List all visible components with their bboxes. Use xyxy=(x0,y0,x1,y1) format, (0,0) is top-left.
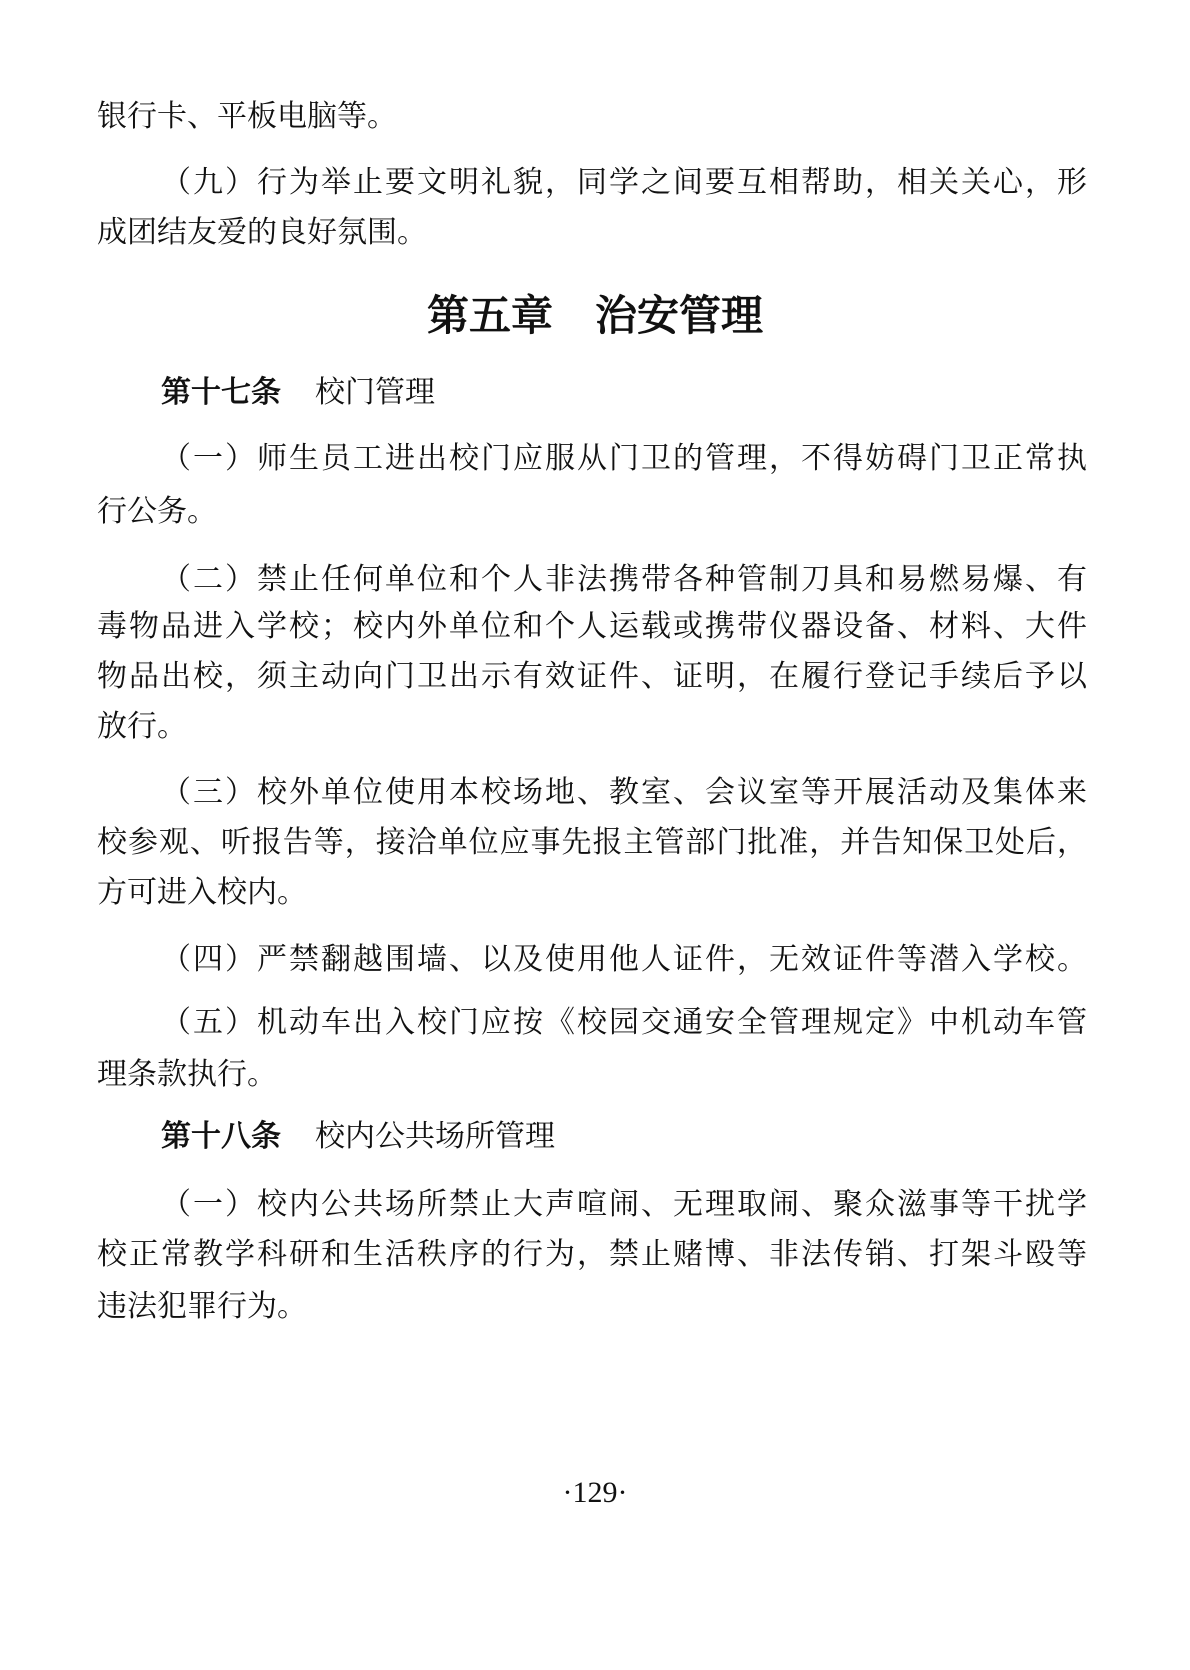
paragraph-line: （三）校外单位使用本校场地、教室、会议室等开展活动及集体来 xyxy=(161,773,1087,813)
paragraph-line: 物品出校，须主动向门卫出示有效证件、证明，在履行登记手续后予以 xyxy=(97,657,1087,697)
paragraph-line: 毒物品进入学校；校内外单位和个人运载或携带仪器设备、材料、大件 xyxy=(97,607,1087,647)
paragraph-line: 校正常教学科研和生活秩序的行为，禁止赌博、非法传销、打架斗殴等 xyxy=(97,1235,1087,1275)
paragraph-line: （二）禁止任何单位和个人非法携带各种管制刀具和易燃易爆、有 xyxy=(161,560,1087,600)
paragraph-line: 违法犯罪行为。 xyxy=(97,1287,1087,1327)
article-number: 第十八条 xyxy=(161,1120,281,1153)
chapter-title: 第五章 治安管理 xyxy=(0,290,1190,342)
paragraph-line: 方可进入校内。 xyxy=(97,873,1087,913)
article-number: 第十七条 xyxy=(161,376,281,409)
paragraph-line: （四）严禁翻越围墙、以及使用他人证件，无效证件等潜入学校。 xyxy=(161,940,1087,980)
article-18-heading: 第十八条校内公共场所管理 xyxy=(161,1117,555,1157)
paragraph-line: （一）校内公共场所禁止大声喧闹、无理取闹、聚众滋事等干扰学 xyxy=(161,1185,1087,1225)
paragraph-line: （九）行为举止要文明礼貌，同学之间要互相帮助，相关关心，形 xyxy=(161,163,1087,203)
paragraph-line: （五）机动车出入校门应按《校园交通安全管理规定》中机动车管 xyxy=(161,1003,1087,1043)
paragraph-line: 行公务。 xyxy=(97,492,1087,532)
paragraph-line: 校参观、听报告等，接洽单位应事先报主管部门批准，并告知保卫处后， xyxy=(97,823,1087,863)
paragraph-line: 成团结友爱的良好氛围。 xyxy=(97,213,1087,253)
article-title: 校内公共场所管理 xyxy=(315,1120,555,1153)
paragraph-line: 理条款执行。 xyxy=(97,1055,1087,1095)
article-17-heading: 第十七条校门管理 xyxy=(161,373,435,413)
paragraph-line: （一）师生员工进出校门应服从门卫的管理，不得妨碍门卫正常执 xyxy=(161,439,1087,479)
page-number: ·129· xyxy=(0,1475,1190,1511)
article-title: 校门管理 xyxy=(315,376,435,409)
paragraph-line: 放行。 xyxy=(97,707,1087,747)
continuation-line: 银行卡、平板电脑等。 xyxy=(97,97,1087,137)
